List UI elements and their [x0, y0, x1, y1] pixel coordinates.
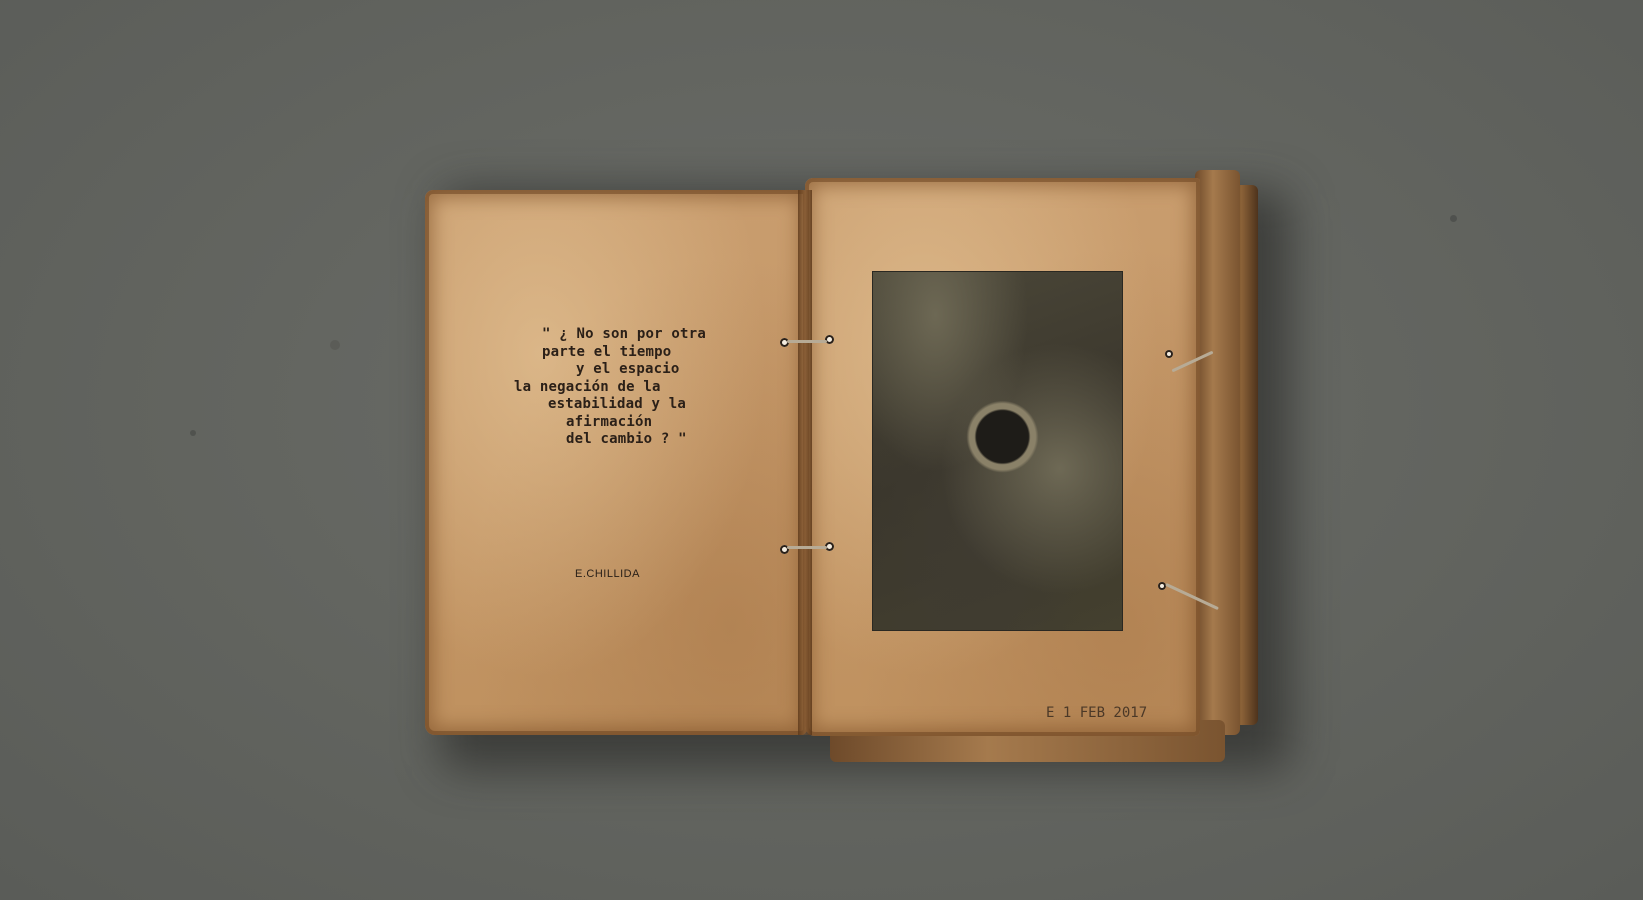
mounted-photograph — [873, 272, 1122, 630]
quote-line: y el espacio — [510, 361, 706, 379]
quote-line: del cambio ? " — [510, 431, 706, 449]
author-signature: E.CHILLIDA — [575, 568, 640, 580]
quote-line: afirmación — [510, 414, 706, 432]
book-spine — [798, 190, 812, 735]
quote-line: " ¿ No son por otra — [510, 326, 706, 344]
page-stack-edge — [1195, 170, 1240, 735]
quote-line: la negación de la — [510, 379, 706, 397]
chillida-quote: " ¿ No son por otraparte el tiempoy el e… — [510, 326, 706, 449]
binding-hole — [1165, 350, 1173, 358]
left-page — [425, 190, 807, 735]
binding-thread — [787, 546, 827, 549]
quote-line: estabilidad y la — [510, 396, 706, 414]
surface-speck — [1450, 215, 1457, 222]
date-stamp: E 1 FEB 2017 — [1046, 705, 1147, 721]
binding-thread — [787, 340, 827, 343]
surface-speck — [330, 340, 340, 350]
surface-speck — [190, 430, 196, 436]
quote-line: parte el tiempo — [510, 344, 706, 362]
